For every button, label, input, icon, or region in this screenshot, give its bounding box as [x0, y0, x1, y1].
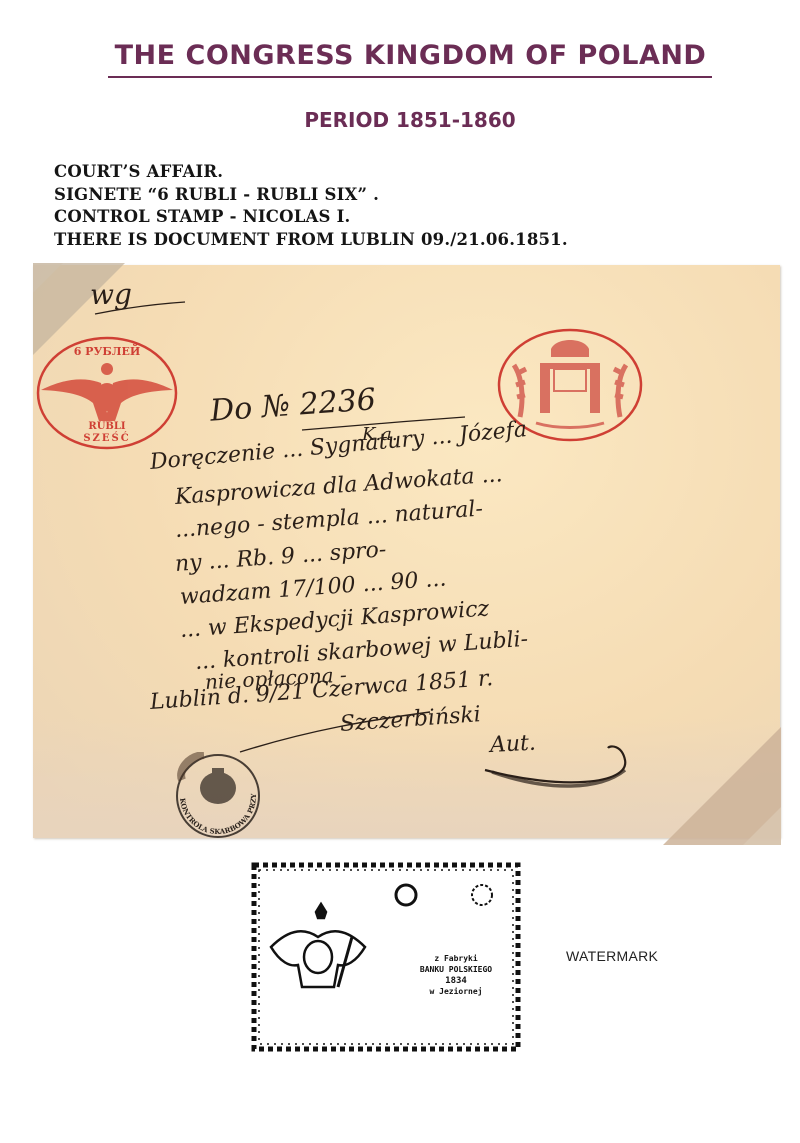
- signet-6-rubli: 6 РУБЛЕЙ RUBLI SZEŚĆ: [35, 333, 180, 453]
- period-subtitle: PERIOD 1851-1860: [290, 108, 530, 132]
- watermark-label: WATERMARK: [566, 948, 658, 964]
- description-line: THERE IS DOCUMENT FROM LUBLIN 09./21.06.…: [54, 229, 568, 252]
- watermark-text-line: w Jeziornej: [430, 986, 483, 996]
- watermark-text-line: BANKU POLSKIEGO: [420, 965, 492, 974]
- watermark-text-line: 1834: [445, 976, 467, 986]
- signet-bottom-line2: SZEŚĆ: [83, 432, 130, 444]
- description-line: COURT’S AFFAIR.: [54, 161, 568, 184]
- page-title: THE CONGRESS KINGDOM OF POLAND: [108, 40, 713, 71]
- description-line: SIGNETE “6 RUBLI - RUBLI SIX” .: [54, 184, 568, 207]
- imperial-eagle-icon: [200, 768, 236, 804]
- crown-and-monogram-icon: [514, 340, 626, 428]
- watermark-eagle-icon: [271, 904, 365, 987]
- description-line: CONTROL STAMP - NICOLAS I.: [54, 206, 568, 229]
- description-block: COURT’S AFFAIR. SIGNETE “6 RUBLI - RUBLI…: [54, 161, 568, 251]
- signet-bottom-line1: RUBLI: [88, 421, 126, 432]
- corner-mount-bottom-right: [655, 727, 781, 845]
- control-stamp-nicolas-i: KONTROLA SKARBOWA PRZY SĄD. GUB. LUBELSK…: [168, 752, 268, 840]
- title-underline: [108, 76, 712, 78]
- watermark-text-line: z Fabryki: [434, 953, 478, 963]
- signature-flourish: [230, 700, 650, 800]
- corner-note-stroke: [90, 300, 190, 320]
- double-headed-eagle-icon: [41, 363, 173, 421]
- signet-top-text: 6 РУБЛЕЙ: [74, 343, 141, 358]
- watermark-illustration: z Fabryki BANKU POLSKIEGO 1834 w Jeziorn…: [246, 857, 526, 1057]
